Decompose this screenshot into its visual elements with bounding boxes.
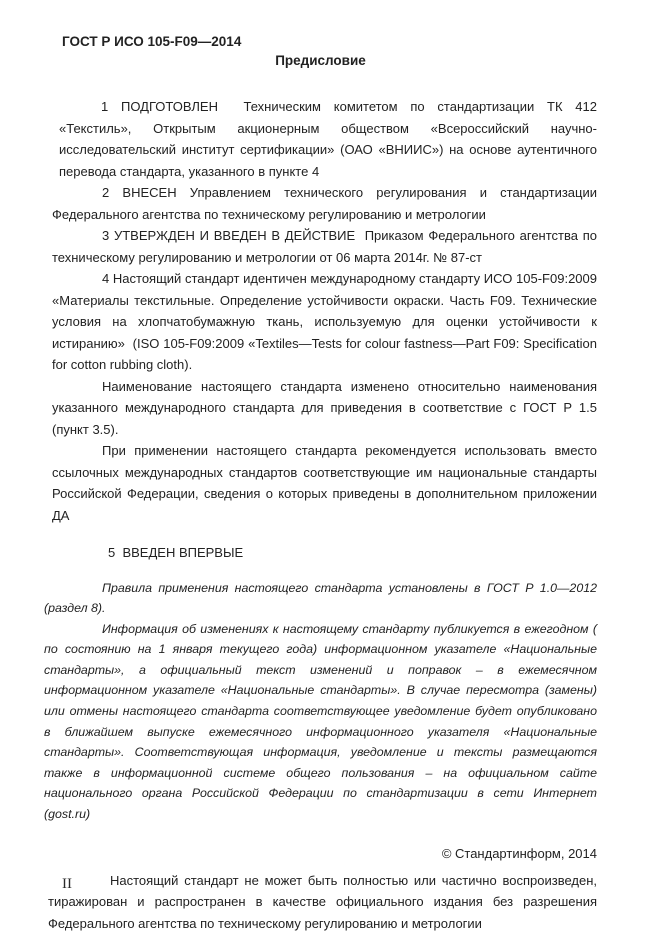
- foreword-paragraph-5: Наименование настоящего стандарта измене…: [52, 376, 597, 441]
- notes-paragraph-2: Информация об изменениях к настоящему ст…: [44, 619, 597, 825]
- application-notes: Правила применения настоящего стандарта …: [44, 578, 597, 825]
- standard-designation: ГОСТ Р ИСО 105-F09—2014: [62, 33, 597, 50]
- foreword-paragraph-6: При применении настоящего стандарта реко…: [52, 440, 597, 526]
- page-number: II: [62, 876, 72, 893]
- page-content: ГОСТ Р ИСО 105-F09—2014 Предисловие 1 ПО…: [0, 0, 661, 934]
- foreword-paragraph-3: 3 УТВЕРЖДЕН И ВВЕДЕН В ДЕЙСТВИЕ Приказом…: [52, 225, 597, 268]
- foreword-paragraph-1: 1 ПОДГОТОВЛЕН Техническим комитетом по с…: [59, 96, 597, 182]
- foreword-item-5: 5 ВВЕДЕН ВПЕРВЫЕ: [52, 542, 597, 564]
- notes-paragraph-1: Правила применения настоящего стандарта …: [44, 578, 597, 619]
- foreword-paragraph-2: 2 ВНЕСЕН Управлением технического регули…: [52, 182, 597, 225]
- reproduction-notice: Настоящий стандарт не может быть полност…: [48, 870, 597, 935]
- copyright-line: © Стандартинформ, 2014: [44, 845, 597, 863]
- foreword-section: 1 ПОДГОТОВЛЕН Техническим комитетом по с…: [44, 96, 597, 564]
- section-title: Предисловие: [44, 52, 597, 69]
- document-page: ГОСТ Р ИСО 105-F09—2014 Предисловие 1 ПО…: [0, 0, 661, 935]
- foreword-paragraph-4: 4 Настоящий стандарт идентичен междунаро…: [52, 268, 597, 376]
